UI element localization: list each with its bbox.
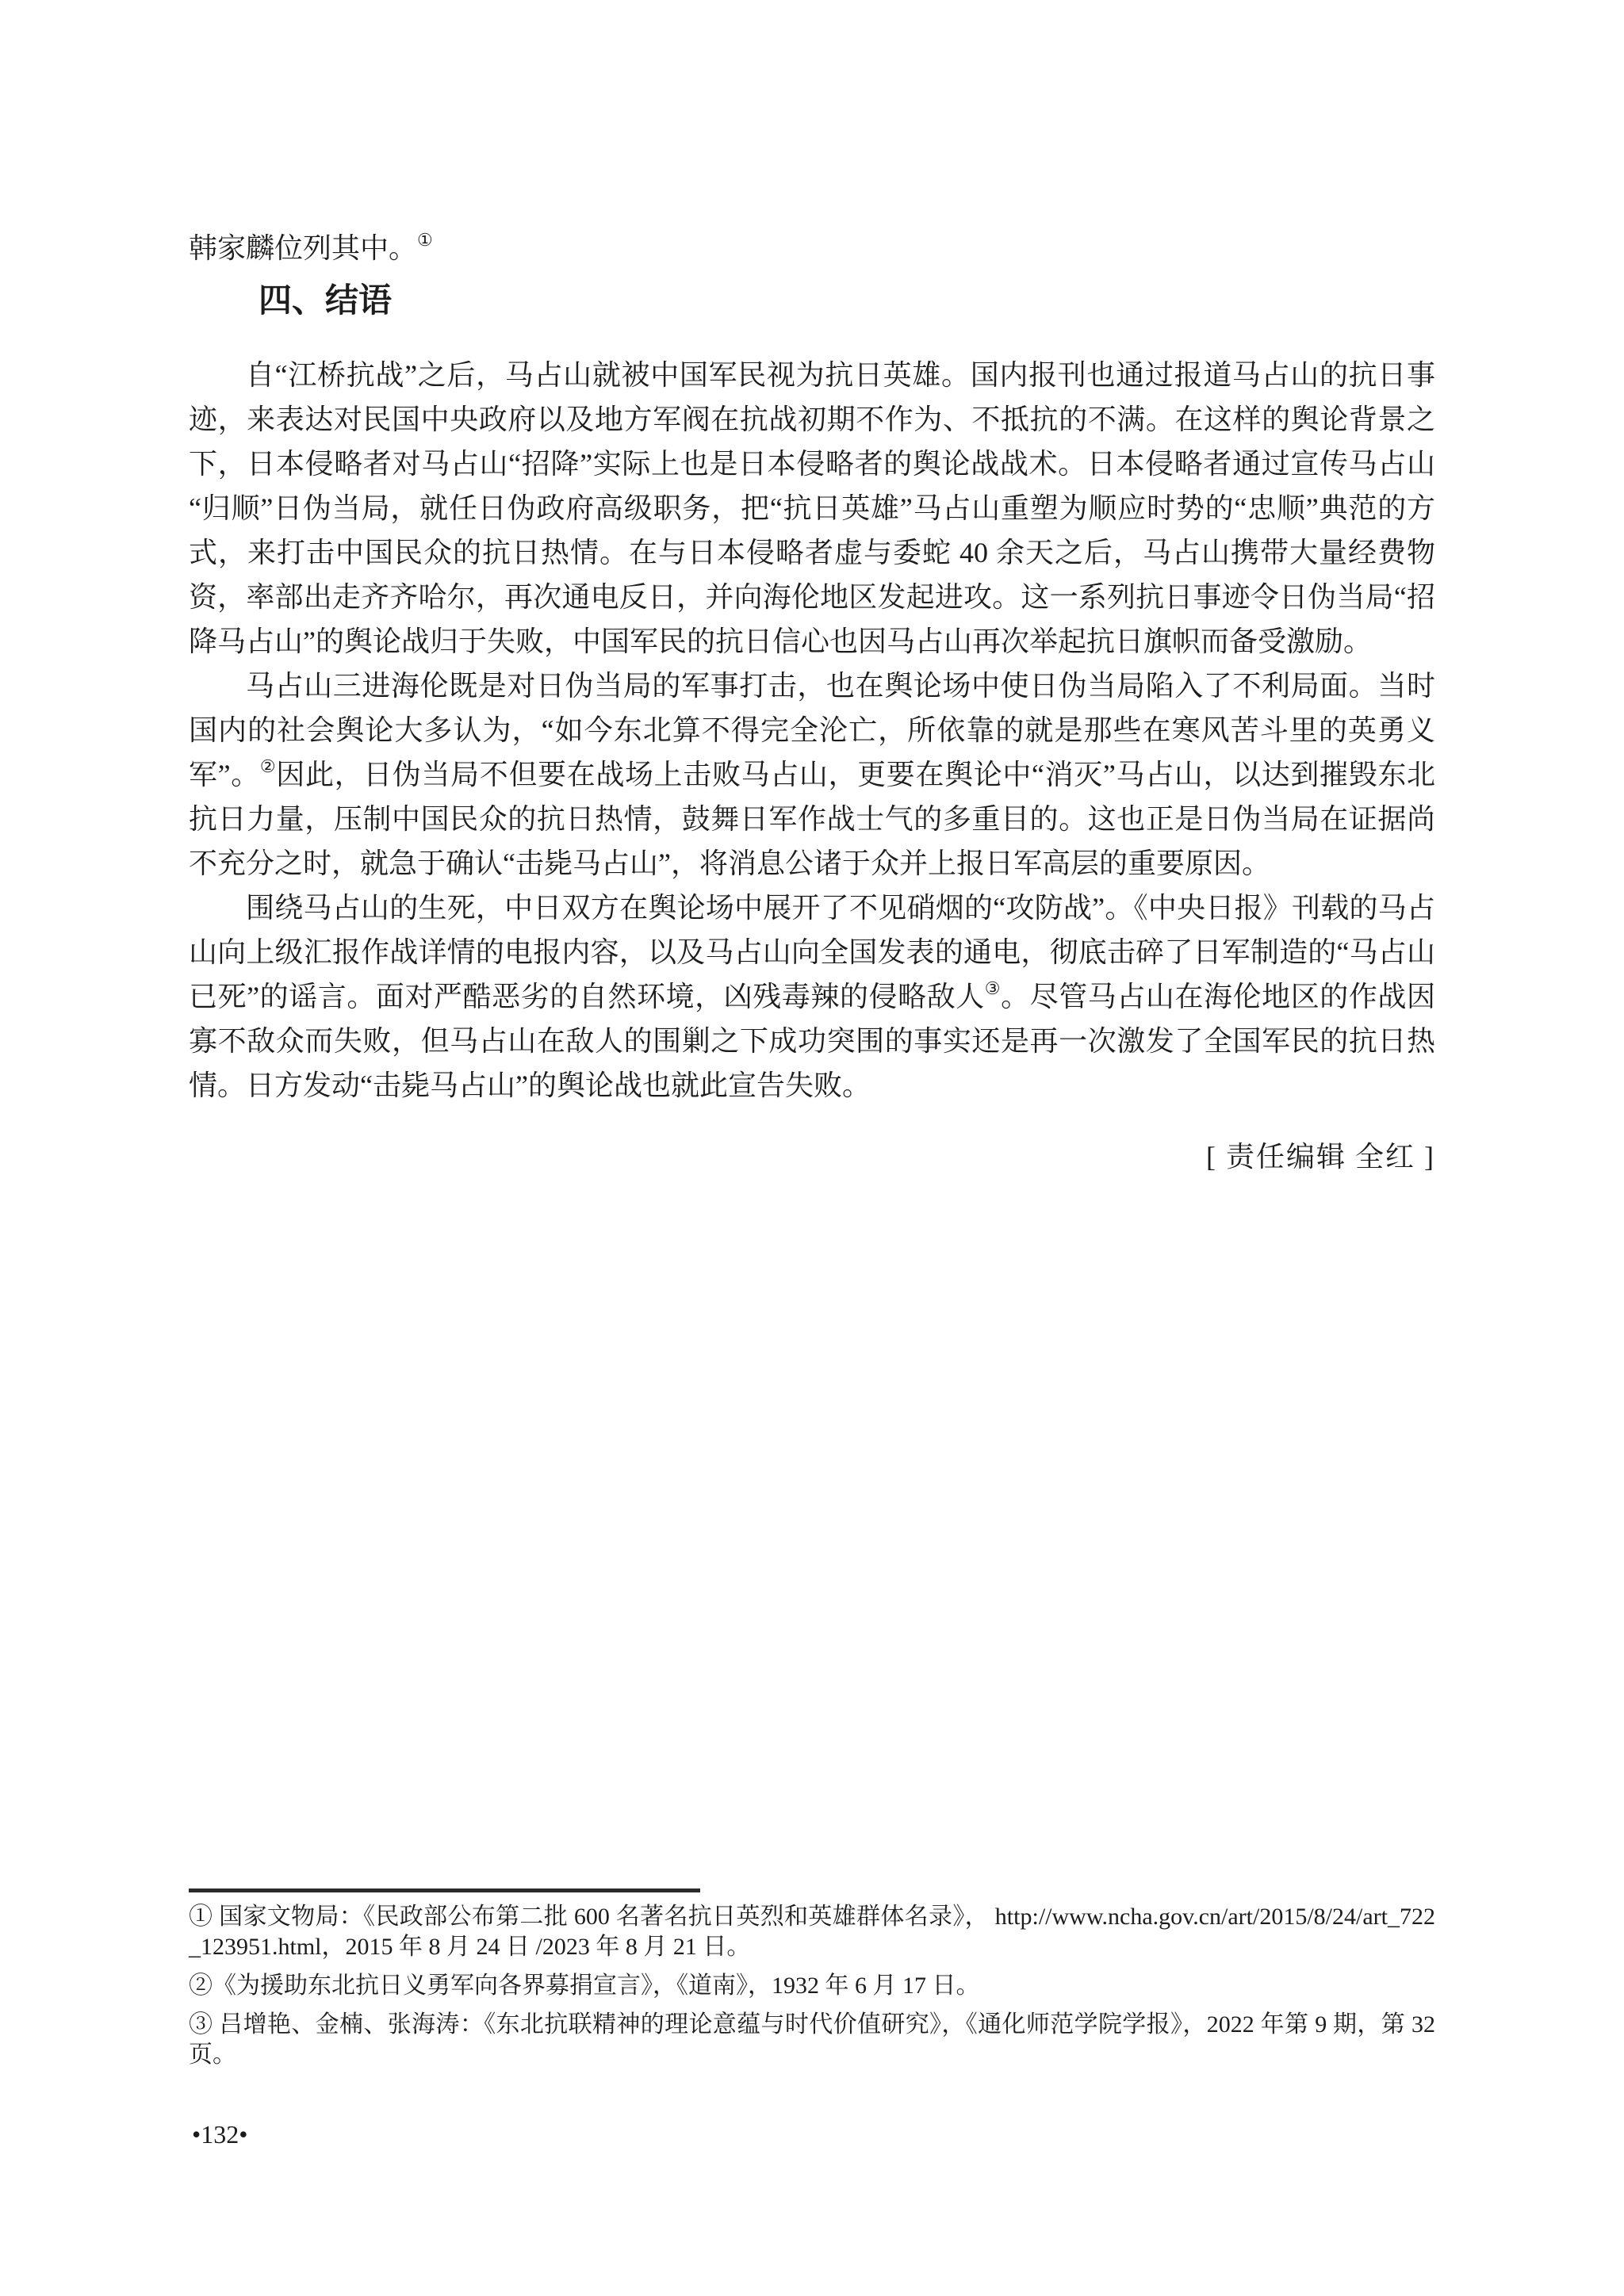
carryover-text: 韩家麟位列其中。	[189, 232, 417, 264]
footnote-ref-1: ①	[417, 230, 433, 250]
editor-credit: [ 责任编辑 全红 ]	[189, 1135, 1435, 1179]
footnote-separator-rule	[189, 1888, 700, 1892]
paragraph-1-text: 自“江桥抗战”之后，马占山就被中国军民视为抗日英雄。国内报刊也通过报道马占山的抗…	[189, 359, 1435, 657]
paragraph-3: 围绕马占山的生死，中日双方在舆论场中展开了不见硝烟的“攻防战”。《中央日报》刊载…	[189, 886, 1435, 1108]
paragraph-2: 马占山三进海伦既是对日伪当局的军事打击，也在舆论场中使日伪当局陷入了不利局面。当…	[189, 664, 1435, 886]
paragraph-1: 自“江桥抗战”之后，马占山就被中国军民视为抗日英雄。国内报刊也通过报道马占山的抗…	[189, 353, 1435, 664]
section-heading: 四、结语	[189, 281, 1435, 320]
paragraph-2-text-after: 因此，日伪当局不但要在战场上击败马占山，更要在舆论中“消灭”马占山，以达到摧毁东…	[189, 759, 1435, 879]
footnote-3: ③ 吕增艳、金楠、张海涛：《东北抗联精神的理论意蕴与时代价值研究》，《通化师范学…	[189, 2010, 1435, 2070]
footnote-ref-3: ③	[985, 978, 1001, 998]
footnote-ref-2: ②	[260, 756, 276, 776]
footnote-1: ① 国家文物局：《民政部公布第二批 600 名著名抗日英烈和英雄群体名录》， h…	[189, 1902, 1435, 1962]
carryover-paragraph: 韩家麟位列其中。①	[189, 226, 1435, 270]
page-number: •132•	[192, 2118, 247, 2150]
footnote-section: ① 国家文物局：《民政部公布第二批 600 名著名抗日英烈和英雄群体名录》， h…	[189, 1888, 1435, 2079]
footnote-2: ②《为援助东北抗日义勇军向各界募捐宣言》，《道南》，1932 年 6 月 17 …	[189, 1971, 1435, 2001]
document-page: 韩家麟位列其中。① 四、结语 自“江桥抗战”之后，马占山就被中国军民视为抗日英雄…	[0, 0, 1624, 2296]
